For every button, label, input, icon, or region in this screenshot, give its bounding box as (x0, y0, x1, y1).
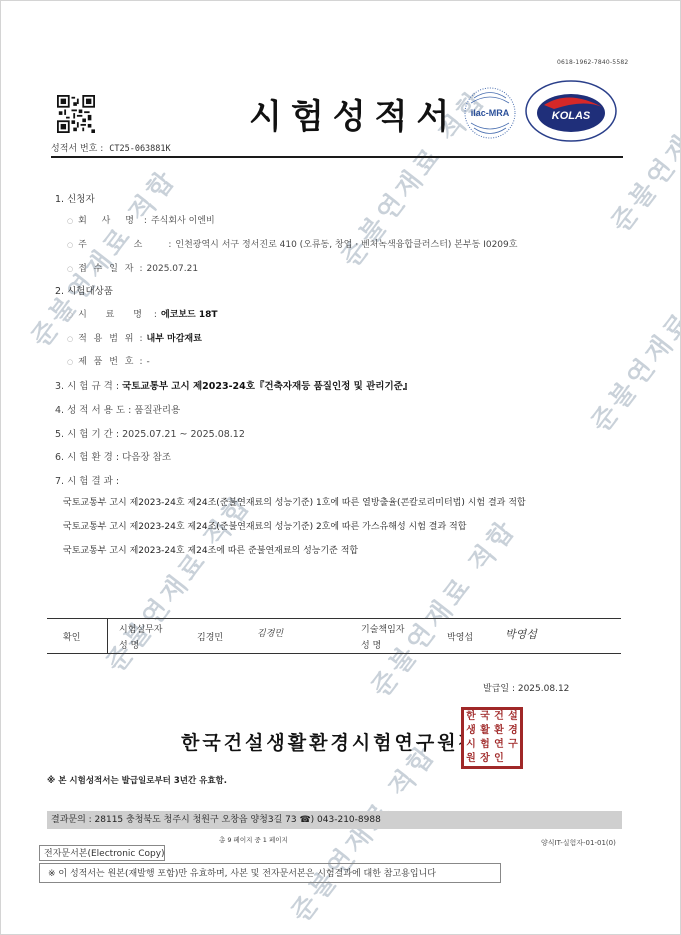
official-seal-icon: 한국건설 생활환경 시험연구 원장인 (461, 707, 523, 769)
product-number-row: ○제 품 번 호:- (67, 354, 150, 367)
form-code: 양식IT-실험자-01-01(0) (541, 838, 616, 848)
tester-role: 시험실무자 (119, 622, 162, 635)
application-scope-row: ○적 용 범 위:내부 마감재료 (67, 331, 202, 344)
applicant-company-row: ○회 사 명:주식회사 이엔비 (67, 213, 215, 226)
bullet-icon: ○ (67, 265, 73, 273)
page-indicator: 총 9 페이지 중 1 페이지 (219, 835, 288, 844)
manager-name: 박영섭 (447, 630, 473, 643)
section-product-heading: 2. 시험대상품 (55, 283, 113, 297)
qr-code-icon (57, 95, 95, 133)
bullet-icon: ○ (67, 335, 73, 343)
application-scope-value: 내부 마감재료 (147, 334, 202, 344)
issue-date-value: 2025.08.12 (518, 684, 570, 694)
watermark: 준불연재료 적합 (21, 160, 184, 354)
tester-name: 김경민 (197, 630, 223, 643)
purpose-row: 4. 성 적 서 용 도 : 품질관리용 (55, 402, 180, 416)
manager-signature: 박영섭 (505, 626, 537, 642)
receipt-date-value: 2025.07.21 (147, 264, 199, 274)
tester-signature: 김경민 (257, 626, 283, 639)
sample-name-value: 에코보드 18T (161, 310, 218, 320)
applicant-company-value: 주식회사 이엔비 (151, 216, 215, 226)
section-applicant-heading: 1. 신청자 (55, 191, 95, 205)
kolas-logo-icon: KOLAS (524, 79, 618, 143)
page-title: 시험성적서 (249, 89, 458, 138)
bullet-icon: ○ (67, 241, 73, 249)
bullet-icon: ○ (67, 358, 73, 366)
manager-role: 기술책임자 (361, 622, 404, 635)
issue-date: 발급일 : 2025.08.12 (483, 681, 569, 694)
watermark: 준불연재료 적합 (581, 245, 681, 439)
electronic-copy-label: 전자문서본(Electronic Copy) (39, 845, 165, 861)
test-period-value: 2025.07.21 ~ 2025.08.12 (122, 429, 245, 440)
result-line: 국토교통부 고시 제2023-24호 제24조(준불연재료의 성능기준) 2호에… (63, 519, 466, 532)
confirmation-label: 확인 (63, 630, 80, 643)
document-id: 0618-1962-7840-5582 (557, 59, 628, 66)
test-standard-value: 국토교통부 고시 제2023-24호『건축자재등 품질인정 및 관리기준』 (122, 381, 412, 392)
bullet-icon: ○ (67, 217, 73, 225)
test-environment-row: 6. 시 험 환 경 : 다음장 참조 (55, 449, 171, 463)
ilac-mra-logo-icon: ilac-MRA (463, 81, 517, 145)
result-inquiry-bar: 결과문의 : 28115 충청북도 청주시 청원구 오창읍 양청3길 73 ☎)… (47, 811, 622, 829)
test-period-row: 5. 시 험 기 간 : 2025.07.21 ~ 2025.08.12 (55, 426, 245, 440)
applicant-address-value: 인천광역시 서구 정서진로 410 (오류동, 창업 · 벤처녹색융합클러스터)… (175, 240, 517, 250)
bullet-icon: ○ (67, 311, 73, 319)
disclaimer-box: ※ 이 성적서는 원본(재발행 포함)만 유효하며, 사본 및 전자문서본은 시… (39, 863, 501, 883)
certificate-number-label: 성적서 번호 : (51, 144, 103, 154)
test-report-page: 준불연재료 적합 준불연재료 적합 준불연재료 적합 준불연재료 적합 준불연재… (0, 0, 681, 935)
product-number-value: - (147, 357, 150, 367)
svg-text:ilac-MRA: ilac-MRA (471, 108, 510, 118)
tester-name-label: 성 명 (119, 638, 139, 651)
confirmation-table: 확인 시험실무자 성 명 김경민 김경민 기술책임자 성 명 박영섭 박영섭 (47, 618, 621, 654)
test-standard-row: 3. 시 험 규 격 : 국토교통부 고시 제2023-24호『건축자재등 품질… (55, 378, 412, 392)
watermark: 준불연재료 적합 (361, 510, 524, 704)
manager-name-label: 성 명 (361, 638, 381, 651)
certificate-number: 성적서 번호 :CT25-063881K (51, 141, 171, 154)
result-line: 국토교통부 고시 제2023-24호 제24조(준불연재료의 성능기준) 1호에… (63, 495, 526, 508)
issuing-organization: 한국건설생활환경시험연구원장 (181, 728, 480, 755)
test-environment-value: 다음장 참조 (122, 452, 171, 463)
svg-text:KOLAS: KOLAS (552, 110, 591, 122)
validity-note: ※ 본 시험성적서는 발급일로부터 3년간 유효함. (47, 774, 227, 786)
test-results-heading: 7. 시 험 결 과 : (55, 473, 119, 487)
watermark: 준불연재료 적합 (281, 735, 444, 929)
result-line: 국토교통부 고시 제2023-24호 제24조에 따른 준불연재료의 성능기준 … (63, 543, 358, 556)
header-divider (51, 156, 623, 158)
receipt-date-row: ○접 수 일 자:2025.07.21 (67, 261, 198, 274)
sample-name-row: ○시 료 명:에코보드 18T (67, 307, 218, 320)
applicant-address-row: ○주 소:인천광역시 서구 정서진로 410 (오류동, 창업 · 벤처녹색융합… (67, 237, 517, 250)
purpose-value: 품질관리용 (134, 405, 180, 416)
certificate-number-value: CT25-063881K (109, 144, 170, 154)
